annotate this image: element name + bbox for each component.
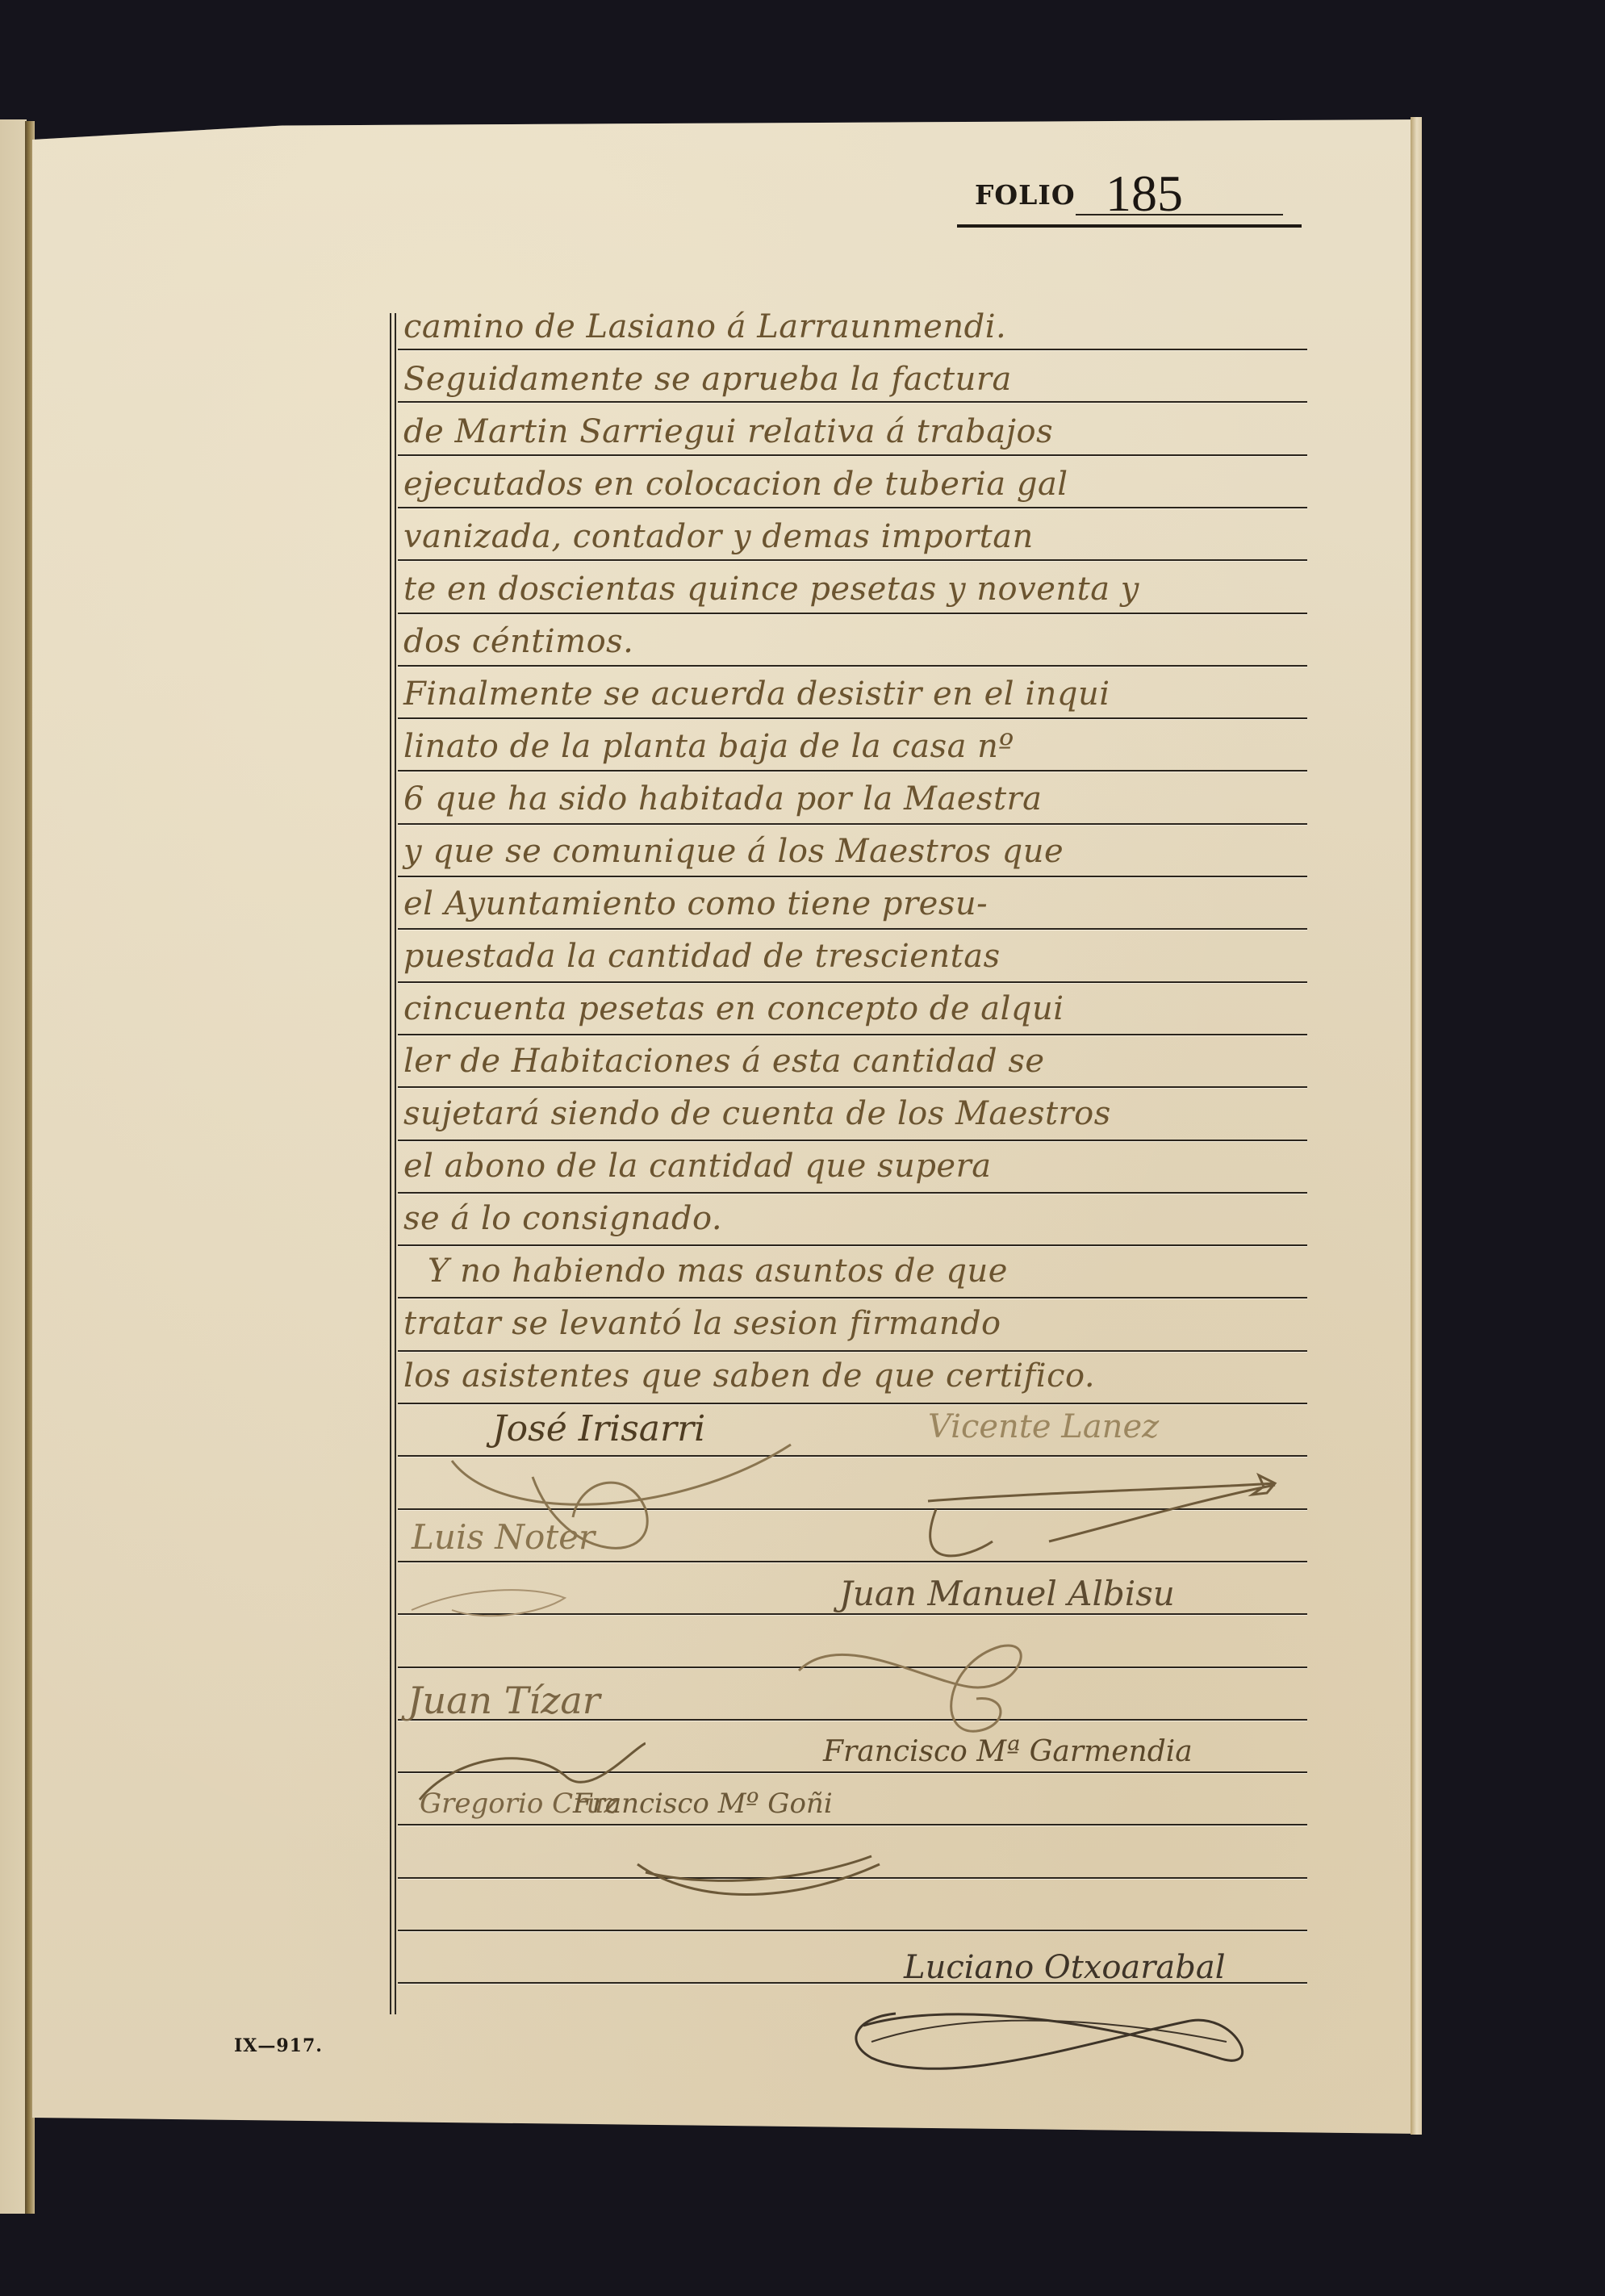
print-code: IX—917. [234, 2035, 323, 2056]
text-line: Seguidamente se aprueba la factura [403, 355, 1307, 404]
ruled-line [398, 981, 1307, 984]
text-line: camino de Lasiano á Larraunmendi. [403, 303, 1307, 351]
ruled-line [398, 928, 1307, 931]
margin-rule [390, 313, 396, 2014]
text-line: puestada la cantidad de trescientas [403, 932, 1307, 981]
text-line: Finalmente se acuerda desistir en el inq… [403, 670, 1307, 718]
text-line: ejecutados en colocacion de tuberia gal [403, 460, 1307, 508]
text-line: sujetará siendo de cuenta de los Maestro… [403, 1089, 1307, 1138]
folio-header-rule [957, 224, 1302, 228]
text-line: tratar se levantó la sesion firmando [403, 1299, 1307, 1348]
ruled-line [398, 1824, 1307, 1826]
text-line: los asistentes que saben de que certific… [403, 1352, 1307, 1400]
facing-page-edge [0, 119, 27, 2214]
ruled-line [398, 1613, 1307, 1616]
text-line: se á lo consignado. [403, 1194, 1307, 1243]
ruled-line [398, 1086, 1307, 1089]
text-line: linato de la planta baja de la casa nº [403, 722, 1307, 771]
text-line: cincuenta pesetas en concepto de alqui [403, 985, 1307, 1033]
folio-label: FOLIO [975, 179, 1076, 211]
signature: Luciano Otxoarabal [904, 1949, 1226, 1986]
ruled-line [398, 1771, 1307, 1774]
text-line: 6 que ha sido habitada por la Maestra [403, 775, 1307, 823]
signature: Juan Manuel Albisu [839, 1574, 1175, 1613]
signature: Francisco Mº Goñi [573, 1788, 833, 1820]
signature: Francisco Mª Garmendia [823, 1735, 1193, 1768]
ruled-line [398, 1667, 1307, 1669]
ruled-line [398, 1403, 1307, 1405]
ruled-line [398, 823, 1307, 826]
text-line: vanizada, contador y demas importan [403, 512, 1307, 561]
text-line: de Martin Sarriegui relativa á trabajos [403, 408, 1307, 456]
ruled-line [398, 876, 1307, 878]
signature: José Irisarri [492, 1408, 705, 1449]
text-line: Y no habiendo mas asuntos de que [403, 1247, 1307, 1295]
ruled-line [398, 1455, 1307, 1457]
text-line: te en doscientas quince pesetas y novent… [403, 565, 1307, 613]
ruled-line [398, 1561, 1307, 1563]
ruled-line [398, 1877, 1307, 1880]
text-line: el Ayuntamiento como tiene presu- [403, 880, 1307, 928]
folio-underline [1076, 214, 1283, 215]
ruled-line [398, 1034, 1307, 1036]
signature: Vicente Lanez [928, 1408, 1159, 1445]
text-line: y que se comunique á los Maestros que [403, 827, 1307, 876]
ruled-line [398, 1508, 1307, 1511]
signature: Luis Noter [412, 1517, 595, 1557]
text-line: dos céntimos. [403, 617, 1307, 666]
ruled-line [398, 1930, 1307, 1932]
text-line: ler de Habitaciones á esta cantidad se [403, 1037, 1307, 1085]
signature: Juan Tízar [408, 1679, 600, 1722]
page-stack-edge [1411, 117, 1422, 2135]
text-line: el abono de la cantidad que supera [403, 1142, 1307, 1190]
